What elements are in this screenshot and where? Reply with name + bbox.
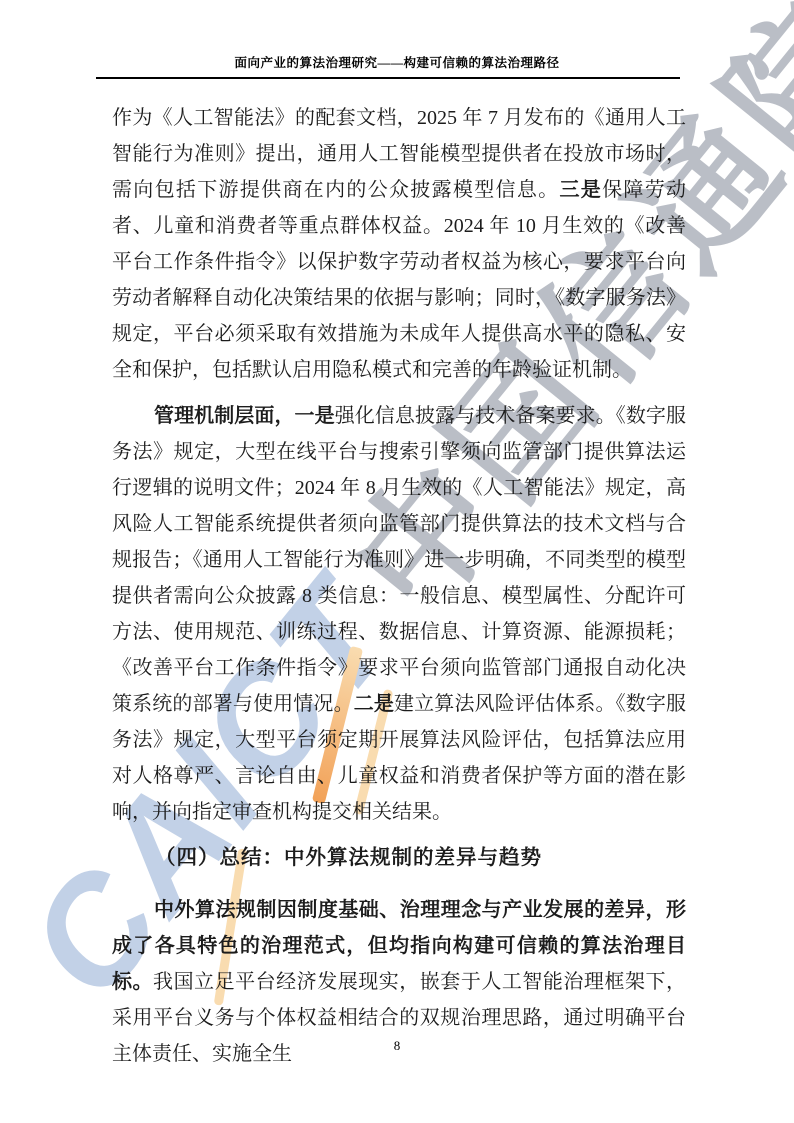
text-segment: 管理机制层面，一是	[154, 405, 335, 427]
text-segment: （四）总结：中外算法规制的差异与趋势	[155, 847, 542, 869]
document-page: CAICT 中国信通院 面向产业的算法治理研究——构建可信赖的算法治理路径 作为…	[0, 0, 794, 1123]
paragraph: 管理机制层面，一是强化信息披露与技术备案要求。《数字服务法》规定，大型在线平台与…	[112, 398, 686, 830]
document-body: 作为《人工智能法》的配套文档，2025 年 7 月发布的《通用人工智能行为准则》…	[112, 100, 686, 1082]
text-segment: 强化信息披露与技术备案要求。《数字服务法》规定，大型在线平台与搜索引擎须向监管部…	[112, 405, 686, 715]
section-heading: （四）总结：中外算法规制的差异与趋势	[112, 840, 686, 876]
paragraph: 作为《人工智能法》的配套文档，2025 年 7 月发布的《通用人工智能行为准则》…	[112, 100, 686, 388]
text-segment: 二是	[354, 693, 394, 715]
text-segment: 保障劳动者、儿童和消费者等重点群体权益。2024 年 10 月生效的《改善平台工…	[112, 179, 686, 381]
page-number: 8	[0, 1038, 794, 1054]
text-segment: 三是	[559, 179, 602, 201]
header-rule	[96, 77, 680, 79]
page-header-title: 面向产业的算法治理研究——构建可信赖的算法治理路径	[0, 53, 794, 71]
